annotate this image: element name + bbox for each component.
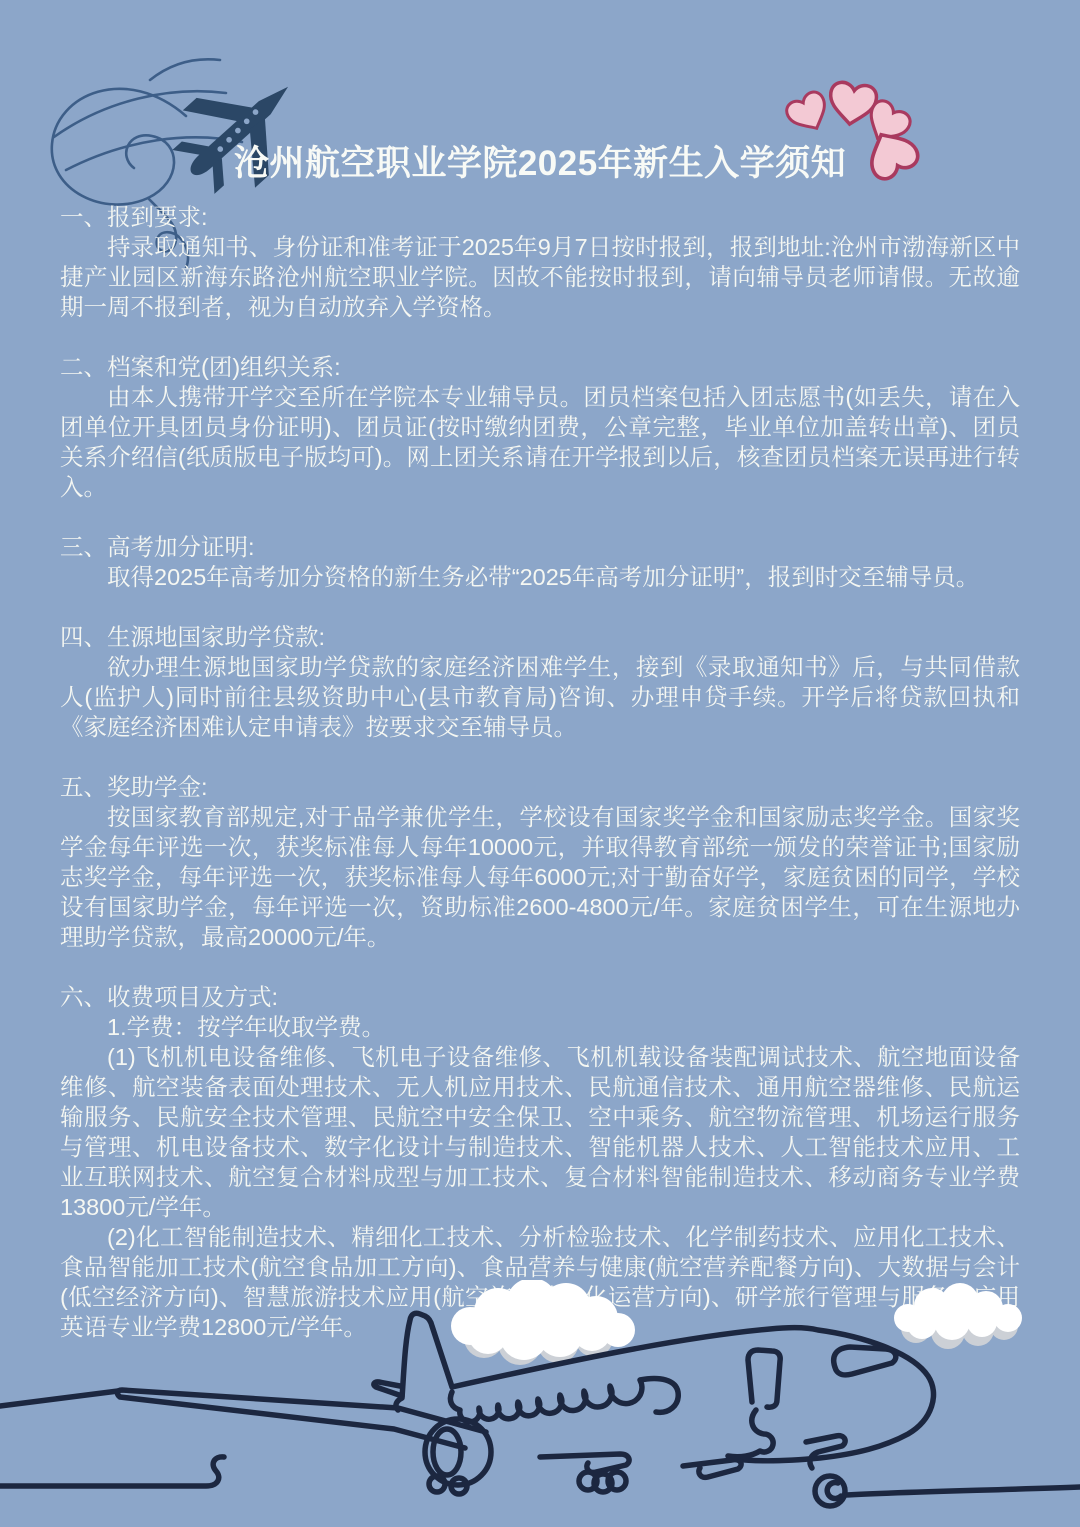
section-heading: 三、高考加分证明: (60, 532, 1020, 562)
section-heading: 二、档案和党(团)组织关系: (60, 352, 1020, 382)
notice-section: 二、档案和党(团)组织关系:由本人携带开学交至所在学院本专业辅导员。团员档案包括… (60, 352, 1020, 502)
section-paragraph: 1.学费：按学年收取学费。 (60, 1012, 1020, 1042)
notice-section: 一、报到要求:持录取通知书、身份证和准考证于2025年9月7日按时报到，报到地址… (60, 202, 1020, 322)
section-paragraph: 由本人携带开学交至所在学院本专业辅导员。团员档案包括入团志愿书(如丢失，请在入团… (60, 382, 1020, 502)
section-heading: 一、报到要求: (60, 202, 1020, 232)
page-title: 沧州航空职业学院2025年新生入学须知 (0, 136, 1080, 186)
section-heading: 四、生源地国家助学贷款: (60, 622, 1020, 652)
section-heading: 五、奖助学金: (60, 772, 1020, 802)
section-paragraph: 持录取通知书、身份证和准考证于2025年9月7日按时报到，报到地址:沧州市渤海新… (60, 232, 1020, 322)
section-paragraph: 取得2025年高考加分资格的新生务必带“2025年高考加分证明”，报到时交至辅导… (60, 562, 1020, 592)
heart-icon (783, 89, 834, 138)
section-heading: 六、收费项目及方式: (60, 982, 1020, 1012)
airplane-icon (157, 47, 324, 212)
section-paragraph: 按国家教育部规定,对于品学兼优学生，学校设有国家奖学金和国家励志奖学金。国家奖学… (60, 802, 1020, 952)
notice-section: 四、生源地国家助学贷款:欲办理生源地国家助学贷款的家庭经济困难学生，接到《录取通… (60, 622, 1020, 742)
notice-section: 五、奖助学金:按国家教育部规定,对于品学兼优学生，学校设有国家奖学金和国家励志奖… (60, 772, 1020, 952)
notice-section: 三、高考加分证明:取得2025年高考加分资格的新生务必带“2025年高考加分证明… (60, 532, 1020, 592)
notice-body: 一、报到要求:持录取通知书、身份证和准考证于2025年9月7日按时报到，报到地址… (60, 202, 1020, 1372)
section-paragraph: 欲办理生源地国家助学贷款的家庭经济困难学生，接到《录取通知书》后，与共同借款人(… (60, 652, 1020, 742)
cloud-icon (894, 1283, 1022, 1349)
section-paragraph: (1)飞机机电设备维修、飞机电子设备维修、飞机机载设备装配调试技术、航空地面设备… (60, 1042, 1020, 1222)
line-art-airplane-illustration (0, 1280, 1080, 1527)
notice-poster: 沧州航空职业学院2025年新生入学须知 一、报到要求:持录取通知书、身份证和准考… (0, 0, 1080, 1527)
